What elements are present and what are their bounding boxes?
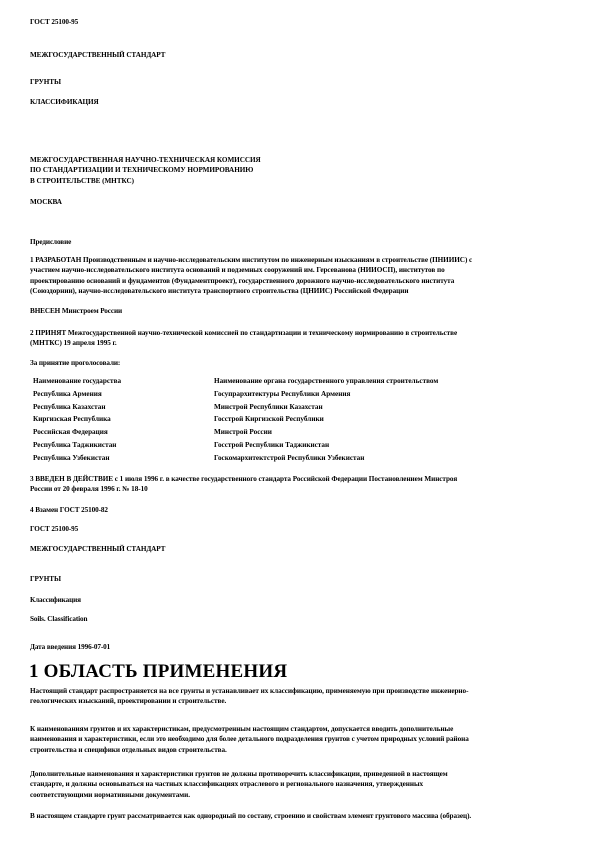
cell-authority: Минстрой России: [214, 428, 272, 438]
publisher-line: ПО СТАНДАРТИЗАЦИИ И ТЕХНИЧЕСКОМУ НОРМИРО…: [30, 165, 570, 175]
table-row: Российская Федерация Минстрой России: [30, 428, 550, 441]
scope-paragraph: В настоящем стандарте грунт рассматривае…: [30, 811, 570, 821]
text-line: (Союздорнии), научно-исследовательского …: [30, 286, 570, 296]
table-row: Республика Узбекистан Госкомархитектстро…: [30, 454, 550, 467]
text-line: Дополнительные наименования и характерис…: [30, 769, 570, 779]
table-row: Республика Таджикистан Госстрой Республи…: [30, 441, 550, 454]
second-standard-subject: ГРУНТЫ: [30, 575, 61, 585]
second-standard-type: МЕЖГОСУДАРСТВЕННЫЙ СТАНДАРТ: [30, 545, 165, 555]
text-line: 1 РАЗРАБОТАН Производственным и научно-и…: [30, 255, 570, 265]
text-line: участием научно-исследовательского инсти…: [30, 265, 570, 275]
text-line: 3 ВВЕДЕН В ДЕЙСТВИЕ с 1 июля 1996 г. в к…: [30, 474, 570, 484]
foreword-item-3: 3 ВВЕДЕН В ДЕЙСТВИЕ с 1 июля 1996 г. в к…: [30, 474, 570, 495]
standard-title: КЛАССИФИКАЦИЯ: [30, 98, 99, 108]
scope-paragraph: Дополнительные наименования и характерис…: [30, 769, 570, 800]
text-line: строительства и специфики отдельных видо…: [30, 745, 570, 755]
section-heading: 1 ОБЛАСТЬ ПРИМЕНЕНИЯ: [29, 661, 287, 683]
cell-state: Республика Узбекистан: [33, 454, 110, 464]
voted-label: За принятие проголосовали:: [30, 359, 120, 369]
document-page: ГОСТ 25100-95 МЕЖГОСУДАРСТВЕННЫЙ СТАНДАР…: [0, 0, 595, 842]
scope-paragraph: Настоящий стандарт распространяется на в…: [30, 686, 570, 707]
text-line: Настоящий стандарт распространяется на в…: [30, 686, 570, 696]
table-row: Киргизская Республика Госстрой Киргизско…: [30, 415, 550, 428]
column-header-authority: Наименование органа государственного упр…: [214, 377, 438, 387]
text-line: геологических изысканий, проектировании …: [30, 696, 570, 706]
cell-state: Республика Таджикистан: [33, 441, 116, 451]
effective-date: Дата введения 1996-07-01: [30, 643, 110, 653]
standard-type: МЕЖГОСУДАРСТВЕННЫЙ СТАНДАРТ: [30, 51, 165, 61]
cell-authority: Госупрархитектуры Республики Армения: [214, 390, 350, 400]
column-header-state: Наименование государства: [33, 377, 121, 387]
text-line: 2 ПРИНЯТ Межгосударственной научно-техни…: [30, 328, 570, 338]
table-row: Республика Казахстан Минстрой Республики…: [30, 403, 550, 416]
introduced-by: ВНЕСЕН Минстроем России: [30, 307, 122, 317]
foreword-item-4: 4 Взамен ГОСТ 25100-82: [30, 506, 108, 516]
publisher-city: МОСКВА: [30, 198, 62, 208]
title-russian: Классификация: [30, 596, 81, 606]
cell-state: Республика Казахстан: [33, 403, 106, 413]
publisher-line: В СТРОИТЕЛЬСТВЕ (МНТКС): [30, 176, 570, 186]
text-line: стандарте, и должны основываться на част…: [30, 779, 570, 789]
scope-paragraph: К наименованиям грунтов и их характерист…: [30, 724, 570, 755]
text-line: проектированию оснований и фундаментов (…: [30, 276, 570, 286]
cell-state: Российская Федерация: [33, 428, 108, 438]
text-line: соответствующими нормативными документам…: [30, 790, 570, 800]
publisher-line: МЕЖГОСУДАРСТВЕННАЯ НАУЧНО-ТЕХНИЧЕСКАЯ КО…: [30, 155, 570, 165]
cell-state: Республика Армения: [33, 390, 102, 400]
cell-authority: Минстрой Республики Казахстан: [214, 403, 323, 413]
voting-table: Наименование государства Наименование ор…: [30, 377, 550, 467]
table-header-row: Наименование государства Наименование ор…: [30, 377, 550, 390]
text-line: наименования и характеристики, если это …: [30, 734, 570, 744]
text-line: России от 20 февраля 1996 г. № 18-10: [30, 484, 570, 494]
text-line: К наименованиям грунтов и их характерист…: [30, 724, 570, 734]
foreword-title: Предисловие: [30, 238, 71, 248]
foreword-item-2: 2 ПРИНЯТ Межгосударственной научно-техни…: [30, 328, 570, 349]
table-row: Республика Армения Госупрархитектуры Рес…: [30, 390, 550, 403]
standard-code: ГОСТ 25100-95: [30, 18, 78, 28]
cell-state: Киргизская Республика: [33, 415, 111, 425]
text-line: (МНТКС) 19 апреля 1995 г.: [30, 338, 570, 348]
title-english: Soils. Classification: [30, 615, 87, 625]
publisher-block: МЕЖГОСУДАРСТВЕННАЯ НАУЧНО-ТЕХНИЧЕСКАЯ КО…: [30, 155, 570, 186]
standard-subject: ГРУНТЫ: [30, 78, 61, 88]
cell-authority: Госкомархитектстрой Республики Узбекиста…: [214, 454, 364, 464]
text-line: В настоящем стандарте грунт рассматривае…: [30, 811, 570, 821]
second-standard-code: ГОСТ 25100-95: [30, 525, 78, 535]
cell-authority: Госстрой Киргизской Республики: [214, 415, 324, 425]
foreword-item-1: 1 РАЗРАБОТАН Производственным и научно-и…: [30, 255, 570, 297]
cell-authority: Госстрой Республики Таджикистан: [214, 441, 329, 451]
